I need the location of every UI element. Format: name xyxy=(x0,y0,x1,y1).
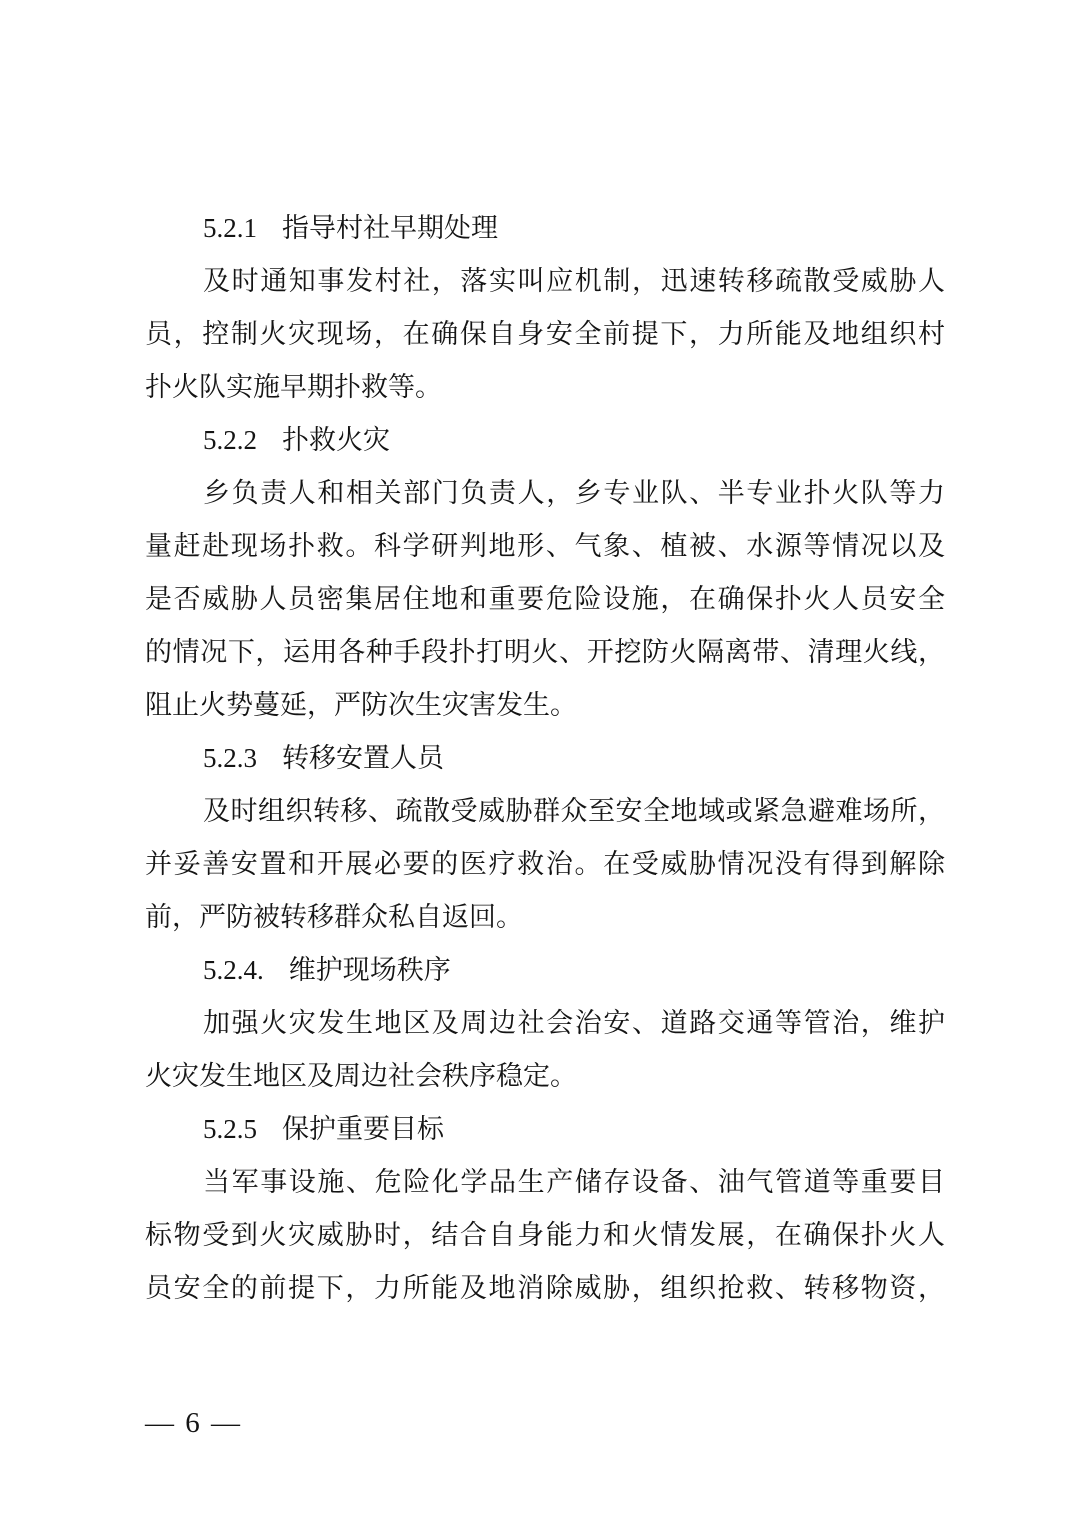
section-heading: 5.2.2扑救火灾 xyxy=(145,414,945,467)
section-paragraph: 及时组织转移、疏散受威胁群众至安全地域或紧急避难场所， 并妥善安置和开展必要的医… xyxy=(145,785,945,944)
section-5-2-1: 5.2.1指导村社早期处理 及时通知事发村社，落实叫应机制，迅速转移疏散受威胁人… xyxy=(145,202,945,414)
section-heading: 5.2.1指导村社早期处理 xyxy=(145,202,945,255)
section-title: 保护重要目标 xyxy=(282,1114,444,1144)
page-footer: — 6 — xyxy=(145,1405,242,1441)
text-line: 的情况下，运用各种手段扑打明火、开挖防火隔离带、清理火线， xyxy=(145,626,945,679)
section-5-2-3: 5.2.3转移安置人员 及时组织转移、疏散受威胁群众至安全地域或紧急避难场所， … xyxy=(145,732,945,944)
text-line: 员安全的前提下，力所能及地消除威胁，组织抢救、转移物资， xyxy=(145,1262,945,1315)
text-line: 及时通知事发村社，落实叫应机制，迅速转移疏散受威胁人 xyxy=(145,255,945,308)
section-5-2-5: 5.2.5保护重要目标 当军事设施、危险化学品生产储存设备、油气管道等重要目 标… xyxy=(145,1103,945,1315)
text-line: 扑火队实施早期扑救等。 xyxy=(145,361,945,414)
section-number: 5.2.5 xyxy=(203,1103,257,1156)
text-line: 员，控制火灾现场，在确保自身安全前提下，力所能及地组织村 xyxy=(145,308,945,361)
section-5-2-4: 5.2.4.维护现场秩序 加强火灾发生地区及周边社会治安、道路交通等管治，维护 … xyxy=(145,944,945,1103)
section-title: 指导村社早期处理 xyxy=(282,213,498,243)
text-line: 阻止火势蔓延，严防次生灾害发生。 xyxy=(145,679,945,732)
text-line: 火灾发生地区及周边社会秩序稳定。 xyxy=(145,1050,945,1103)
section-paragraph: 当军事设施、危险化学品生产储存设备、油气管道等重要目 标物受到火灾威胁时，结合自… xyxy=(145,1156,945,1315)
section-heading: 5.2.5保护重要目标 xyxy=(145,1103,945,1156)
section-number: 5.2.4. xyxy=(203,944,264,997)
text-line: 并妥善安置和开展必要的医疗救治。在受威胁情况没有得到解除 xyxy=(145,838,945,891)
section-5-2-2: 5.2.2扑救火灾 乡负责人和相关部门负责人，乡专业队、半专业扑火队等力 量赶赴… xyxy=(145,414,945,732)
document-page: 5.2.1指导村社早期处理 及时通知事发村社，落实叫应机制，迅速转移疏散受威胁人… xyxy=(0,0,1074,1520)
section-number: 5.2.2 xyxy=(203,414,257,467)
text-line: 加强火灾发生地区及周边社会治安、道路交通等管治，维护 xyxy=(145,997,945,1050)
section-paragraph: 乡负责人和相关部门负责人，乡专业队、半专业扑火队等力 量赶赴现场扑救。科学研判地… xyxy=(145,467,945,732)
text-line: 量赶赴现场扑救。科学研判地形、气象、植被、水源等情况以及 xyxy=(145,520,945,573)
text-line: 当军事设施、危险化学品生产储存设备、油气管道等重要目 xyxy=(145,1156,945,1209)
section-title: 维护现场秩序 xyxy=(289,955,451,985)
page-number: — 6 — xyxy=(145,1407,242,1439)
section-paragraph: 及时通知事发村社，落实叫应机制，迅速转移疏散受威胁人 员，控制火灾现场，在确保自… xyxy=(145,255,945,414)
section-number: 5.2.1 xyxy=(203,202,257,255)
section-title: 转移安置人员 xyxy=(282,743,444,773)
section-title: 扑救火灾 xyxy=(282,425,390,455)
text-line: 前，严防被转移群众私自返回。 xyxy=(145,891,945,944)
text-line: 是否威胁人员密集居住地和重要危险设施，在确保扑火人员安全 xyxy=(145,573,945,626)
text-line: 及时组织转移、疏散受威胁群众至安全地域或紧急避难场所， xyxy=(145,785,945,838)
section-heading: 5.2.4.维护现场秩序 xyxy=(145,944,945,997)
text-line: 乡负责人和相关部门负责人，乡专业队、半专业扑火队等力 xyxy=(145,467,945,520)
section-number: 5.2.3 xyxy=(203,732,257,785)
section-heading: 5.2.3转移安置人员 xyxy=(145,732,945,785)
document-body: 5.2.1指导村社早期处理 及时通知事发村社，落实叫应机制，迅速转移疏散受威胁人… xyxy=(145,202,945,1315)
section-paragraph: 加强火灾发生地区及周边社会治安、道路交通等管治，维护 火灾发生地区及周边社会秩序… xyxy=(145,997,945,1103)
text-line: 标物受到火灾威胁时，结合自身能力和火情发展，在确保扑火人 xyxy=(145,1209,945,1262)
